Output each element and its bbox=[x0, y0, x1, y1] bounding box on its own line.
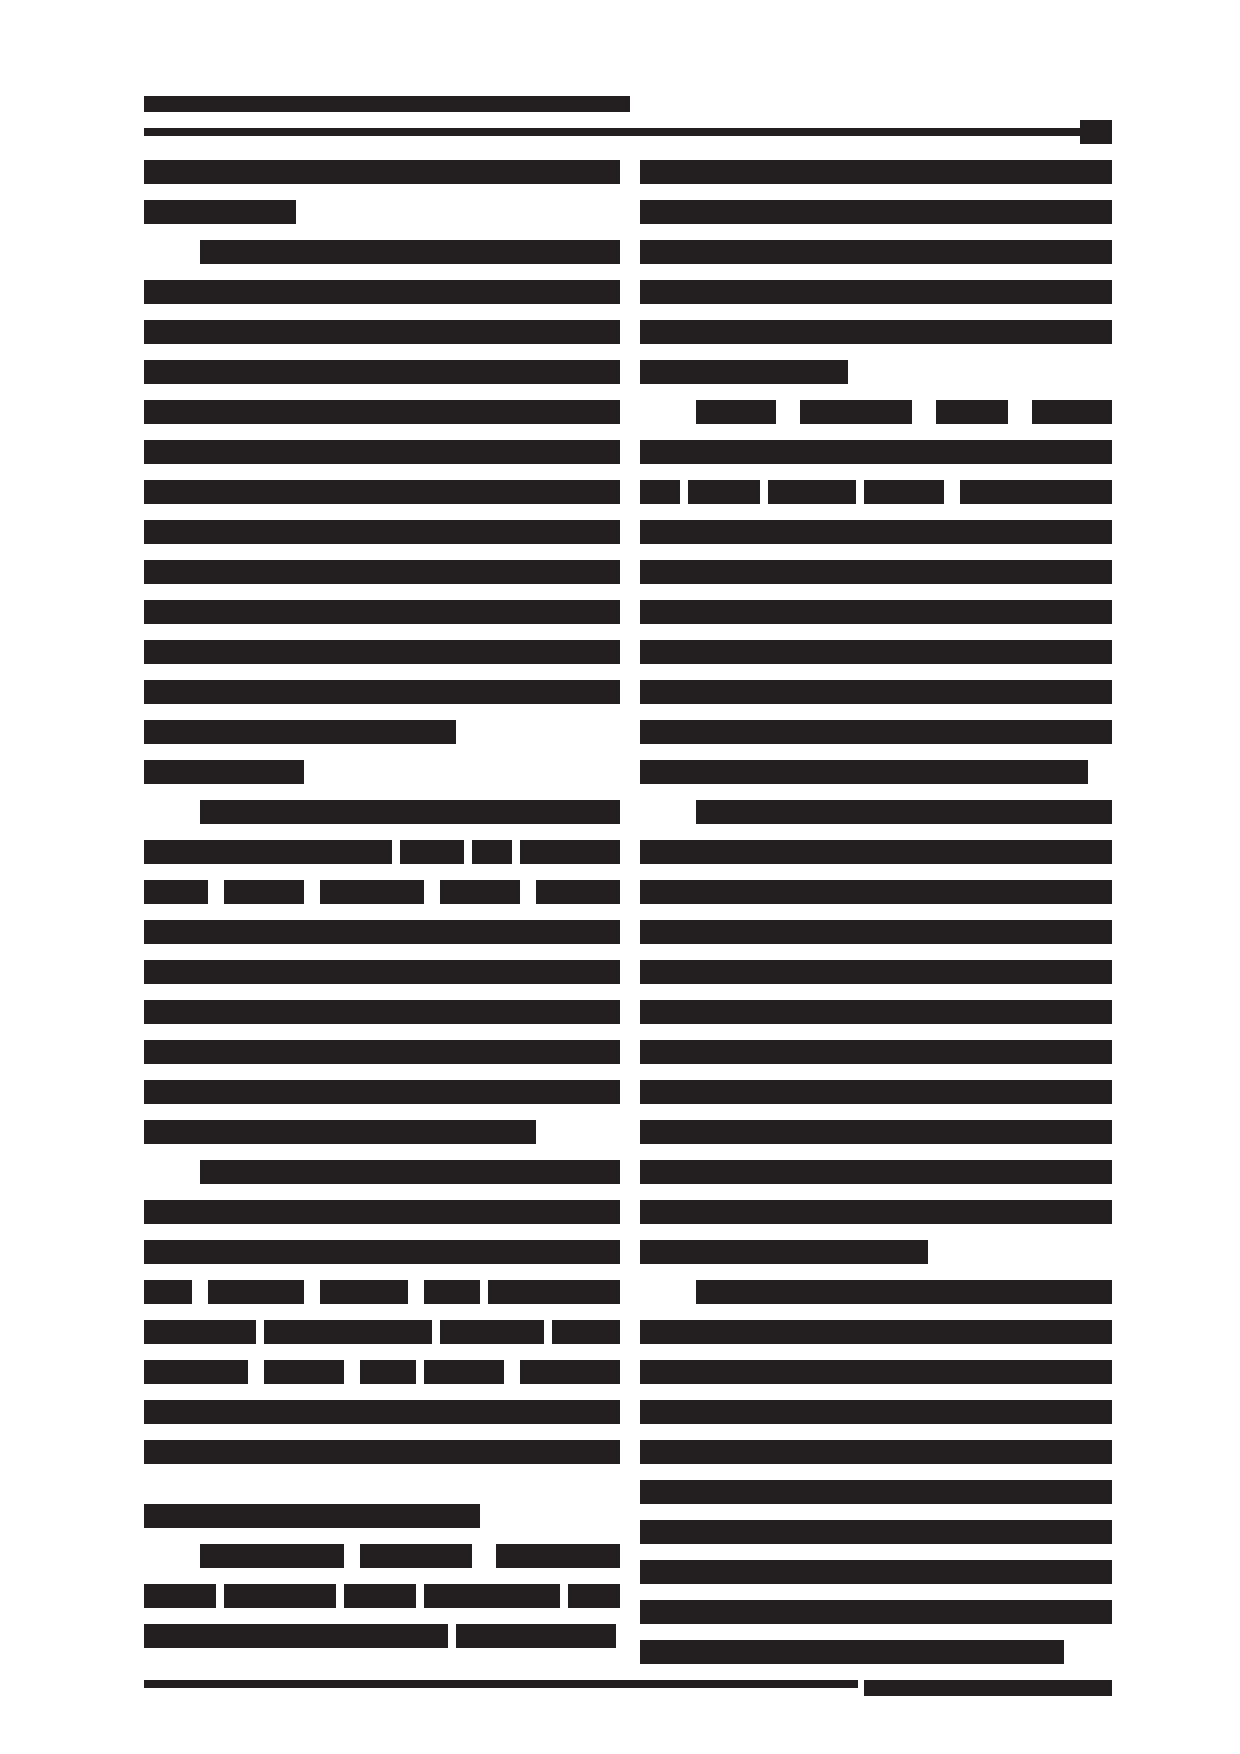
redacted-word bbox=[144, 200, 296, 224]
text-line bbox=[640, 320, 1112, 344]
redacted-word bbox=[936, 400, 1008, 424]
redacted-word bbox=[640, 840, 1112, 864]
redacted-word bbox=[640, 1400, 1112, 1424]
text-line bbox=[640, 960, 1112, 984]
text-line bbox=[640, 1520, 1112, 1544]
redacted-word bbox=[144, 920, 620, 944]
redacted-word bbox=[1032, 400, 1112, 424]
redacted-word bbox=[640, 1240, 928, 1264]
section-heading bbox=[144, 760, 304, 784]
text-line bbox=[144, 960, 620, 984]
text-line bbox=[640, 1600, 1112, 1624]
text-line bbox=[144, 1624, 620, 1648]
redacted-word bbox=[640, 600, 1112, 624]
text-line bbox=[144, 160, 620, 184]
redacted-word bbox=[144, 1360, 248, 1384]
text-line bbox=[144, 1320, 620, 1344]
redacted-word bbox=[400, 840, 464, 864]
redacted-word bbox=[144, 600, 620, 624]
text-line bbox=[144, 1240, 620, 1264]
redacted-word bbox=[640, 1360, 1112, 1384]
redacted-word bbox=[424, 1280, 480, 1304]
redacted-word bbox=[344, 1584, 416, 1608]
redacted-word bbox=[200, 240, 620, 264]
text-line bbox=[640, 240, 1112, 264]
text-line bbox=[144, 440, 620, 464]
text-line bbox=[640, 1400, 1112, 1424]
redacted-word bbox=[696, 1280, 1112, 1304]
redacted-word bbox=[640, 1080, 1112, 1104]
redacted-word bbox=[640, 160, 1112, 184]
redacted-word bbox=[640, 200, 1112, 224]
text-line bbox=[200, 1544, 620, 1568]
text-line bbox=[640, 1080, 1112, 1104]
text-line bbox=[640, 640, 1112, 664]
text-line bbox=[640, 1320, 1112, 1344]
redacted-word bbox=[144, 400, 620, 424]
redacted-word bbox=[144, 640, 620, 664]
redacted-word bbox=[224, 880, 304, 904]
text-line bbox=[200, 240, 620, 264]
text-line bbox=[144, 200, 296, 224]
redacted-word bbox=[200, 1544, 344, 1568]
redacted-word bbox=[640, 640, 1112, 664]
redacted-word bbox=[640, 880, 1112, 904]
redacted-word bbox=[640, 1440, 1112, 1464]
redacted-word bbox=[424, 1360, 504, 1384]
redacted-word bbox=[640, 960, 1112, 984]
redacted-word bbox=[144, 560, 620, 584]
redacted-word bbox=[640, 520, 1112, 544]
redacted-word bbox=[144, 160, 620, 184]
redacted-word bbox=[144, 1000, 620, 1024]
text-line bbox=[640, 160, 1112, 184]
footer-rule bbox=[144, 1680, 858, 1688]
redacted-word bbox=[144, 1440, 620, 1464]
redacted-word bbox=[496, 1544, 620, 1568]
redacted-word bbox=[640, 1040, 1112, 1064]
text-line bbox=[144, 880, 620, 904]
redacted-word bbox=[640, 280, 1112, 304]
redacted-word bbox=[144, 480, 620, 504]
redacted-word bbox=[440, 880, 520, 904]
redacted-word bbox=[640, 560, 1112, 584]
redacted-word bbox=[360, 1360, 416, 1384]
text-line bbox=[200, 1160, 620, 1184]
redacted-word bbox=[144, 320, 620, 344]
text-line bbox=[640, 720, 1112, 744]
text-line bbox=[144, 1280, 620, 1304]
text-line bbox=[144, 840, 620, 864]
text-line bbox=[640, 1040, 1112, 1064]
text-line bbox=[640, 680, 1112, 704]
redacted-word bbox=[144, 880, 208, 904]
redacted-word bbox=[144, 720, 456, 744]
text-line bbox=[696, 800, 1112, 824]
redacted-word bbox=[640, 1120, 1112, 1144]
redacted-word bbox=[144, 1584, 216, 1608]
redacted-word bbox=[144, 840, 392, 864]
redacted-word bbox=[144, 1624, 448, 1648]
redacted-word bbox=[520, 1360, 620, 1384]
text-line bbox=[640, 1560, 1112, 1584]
redacted-word bbox=[640, 240, 1112, 264]
text-line bbox=[640, 1200, 1112, 1224]
text-line bbox=[144, 1040, 620, 1064]
redacted-word bbox=[360, 1544, 472, 1568]
redacted-word bbox=[640, 440, 1112, 464]
text-line bbox=[144, 360, 620, 384]
redacted-word bbox=[424, 1584, 560, 1608]
redacted-word bbox=[800, 400, 912, 424]
text-line bbox=[640, 1440, 1112, 1464]
redacted-word bbox=[144, 1400, 620, 1424]
redacted-word bbox=[640, 1000, 1112, 1024]
redacted-word bbox=[640, 1480, 1112, 1504]
redacted-word bbox=[144, 1120, 536, 1144]
text-line bbox=[144, 1400, 620, 1424]
text-line bbox=[144, 1200, 620, 1224]
redacted-word bbox=[640, 360, 848, 384]
redacted-word bbox=[456, 1624, 616, 1648]
redacted-word bbox=[144, 440, 620, 464]
redacted-word bbox=[144, 1504, 480, 1528]
redacted-word bbox=[864, 480, 944, 504]
redacted-word bbox=[200, 800, 620, 824]
redacted-word bbox=[640, 720, 1112, 744]
redacted-word bbox=[960, 480, 1112, 504]
redacted-word bbox=[144, 1320, 256, 1344]
text-line bbox=[696, 400, 1112, 424]
redacted-word bbox=[640, 1520, 1112, 1544]
redacted-word bbox=[472, 840, 512, 864]
section-heading bbox=[144, 1504, 480, 1528]
redacted-word bbox=[224, 1584, 336, 1608]
text-line bbox=[640, 1640, 1064, 1664]
text-line bbox=[640, 560, 1112, 584]
text-line bbox=[144, 480, 620, 504]
redacted-word bbox=[320, 1280, 408, 1304]
redacted-word bbox=[488, 1280, 620, 1304]
redacted-word bbox=[264, 1360, 344, 1384]
text-line bbox=[640, 480, 1112, 504]
text-line bbox=[640, 840, 1112, 864]
redacted-word bbox=[440, 1320, 544, 1344]
redacted-word bbox=[552, 1320, 620, 1344]
redacted-word bbox=[696, 400, 776, 424]
text-line bbox=[144, 680, 620, 704]
text-line bbox=[640, 880, 1112, 904]
redacted-word bbox=[640, 1200, 1112, 1224]
redacted-word bbox=[144, 680, 620, 704]
text-line bbox=[640, 520, 1112, 544]
redacted-word bbox=[144, 960, 620, 984]
redacted-word bbox=[640, 1160, 1112, 1184]
page-number bbox=[1080, 120, 1112, 144]
text-line bbox=[144, 560, 620, 584]
text-line bbox=[640, 920, 1112, 944]
redacted-word bbox=[320, 880, 424, 904]
text-line bbox=[640, 600, 1112, 624]
redacted-word bbox=[208, 1280, 304, 1304]
redacted-word bbox=[264, 1320, 432, 1344]
text-line bbox=[144, 1120, 536, 1144]
redacted-word bbox=[640, 480, 680, 504]
redacted-word bbox=[144, 1200, 620, 1224]
text-line bbox=[640, 1240, 928, 1264]
redacted-word bbox=[144, 1080, 620, 1104]
text-line bbox=[144, 640, 620, 664]
header-rule bbox=[144, 128, 1084, 136]
text-line bbox=[144, 1080, 620, 1104]
text-line bbox=[640, 440, 1112, 464]
text-line bbox=[640, 1160, 1112, 1184]
redacted-word bbox=[640, 760, 1088, 784]
redacted-word bbox=[640, 1320, 1112, 1344]
redacted-word bbox=[144, 520, 620, 544]
redacted-word bbox=[640, 1640, 1064, 1664]
redacted-word bbox=[144, 1040, 620, 1064]
redacted-word bbox=[688, 480, 760, 504]
text-line bbox=[144, 280, 620, 304]
redacted-word bbox=[696, 800, 1112, 824]
text-line bbox=[144, 1000, 620, 1024]
text-line bbox=[144, 1440, 620, 1464]
redacted-word bbox=[200, 1160, 620, 1184]
text-line bbox=[640, 1480, 1112, 1504]
text-line bbox=[144, 600, 620, 624]
redacted-word bbox=[640, 320, 1112, 344]
text-line bbox=[144, 400, 620, 424]
text-line bbox=[144, 720, 456, 744]
redacted-word bbox=[144, 1280, 192, 1304]
text-line bbox=[144, 320, 620, 344]
redacted-word bbox=[640, 680, 1112, 704]
redacted-word bbox=[640, 1560, 1112, 1584]
redacted-word bbox=[520, 840, 620, 864]
text-line bbox=[640, 1000, 1112, 1024]
redacted-word bbox=[640, 1600, 1112, 1624]
text-line bbox=[640, 280, 1112, 304]
text-line bbox=[144, 1584, 620, 1608]
redacted-word bbox=[144, 1240, 620, 1264]
redacted-word bbox=[768, 480, 856, 504]
text-line bbox=[640, 360, 848, 384]
redacted-word bbox=[144, 360, 620, 384]
text-line bbox=[200, 800, 620, 824]
text-line bbox=[144, 520, 620, 544]
text-line bbox=[640, 760, 1088, 784]
redacted-word bbox=[144, 280, 620, 304]
running-head bbox=[144, 96, 630, 112]
redacted-word bbox=[640, 920, 1112, 944]
text-line bbox=[696, 1280, 1112, 1304]
redacted-word bbox=[144, 760, 304, 784]
text-line bbox=[640, 1120, 1112, 1144]
footer-text bbox=[864, 1680, 1112, 1696]
text-line bbox=[144, 1360, 620, 1384]
redacted-word bbox=[536, 880, 620, 904]
text-line bbox=[640, 1360, 1112, 1384]
text-line bbox=[640, 200, 1112, 224]
text-line bbox=[144, 920, 620, 944]
redacted-word bbox=[568, 1584, 620, 1608]
